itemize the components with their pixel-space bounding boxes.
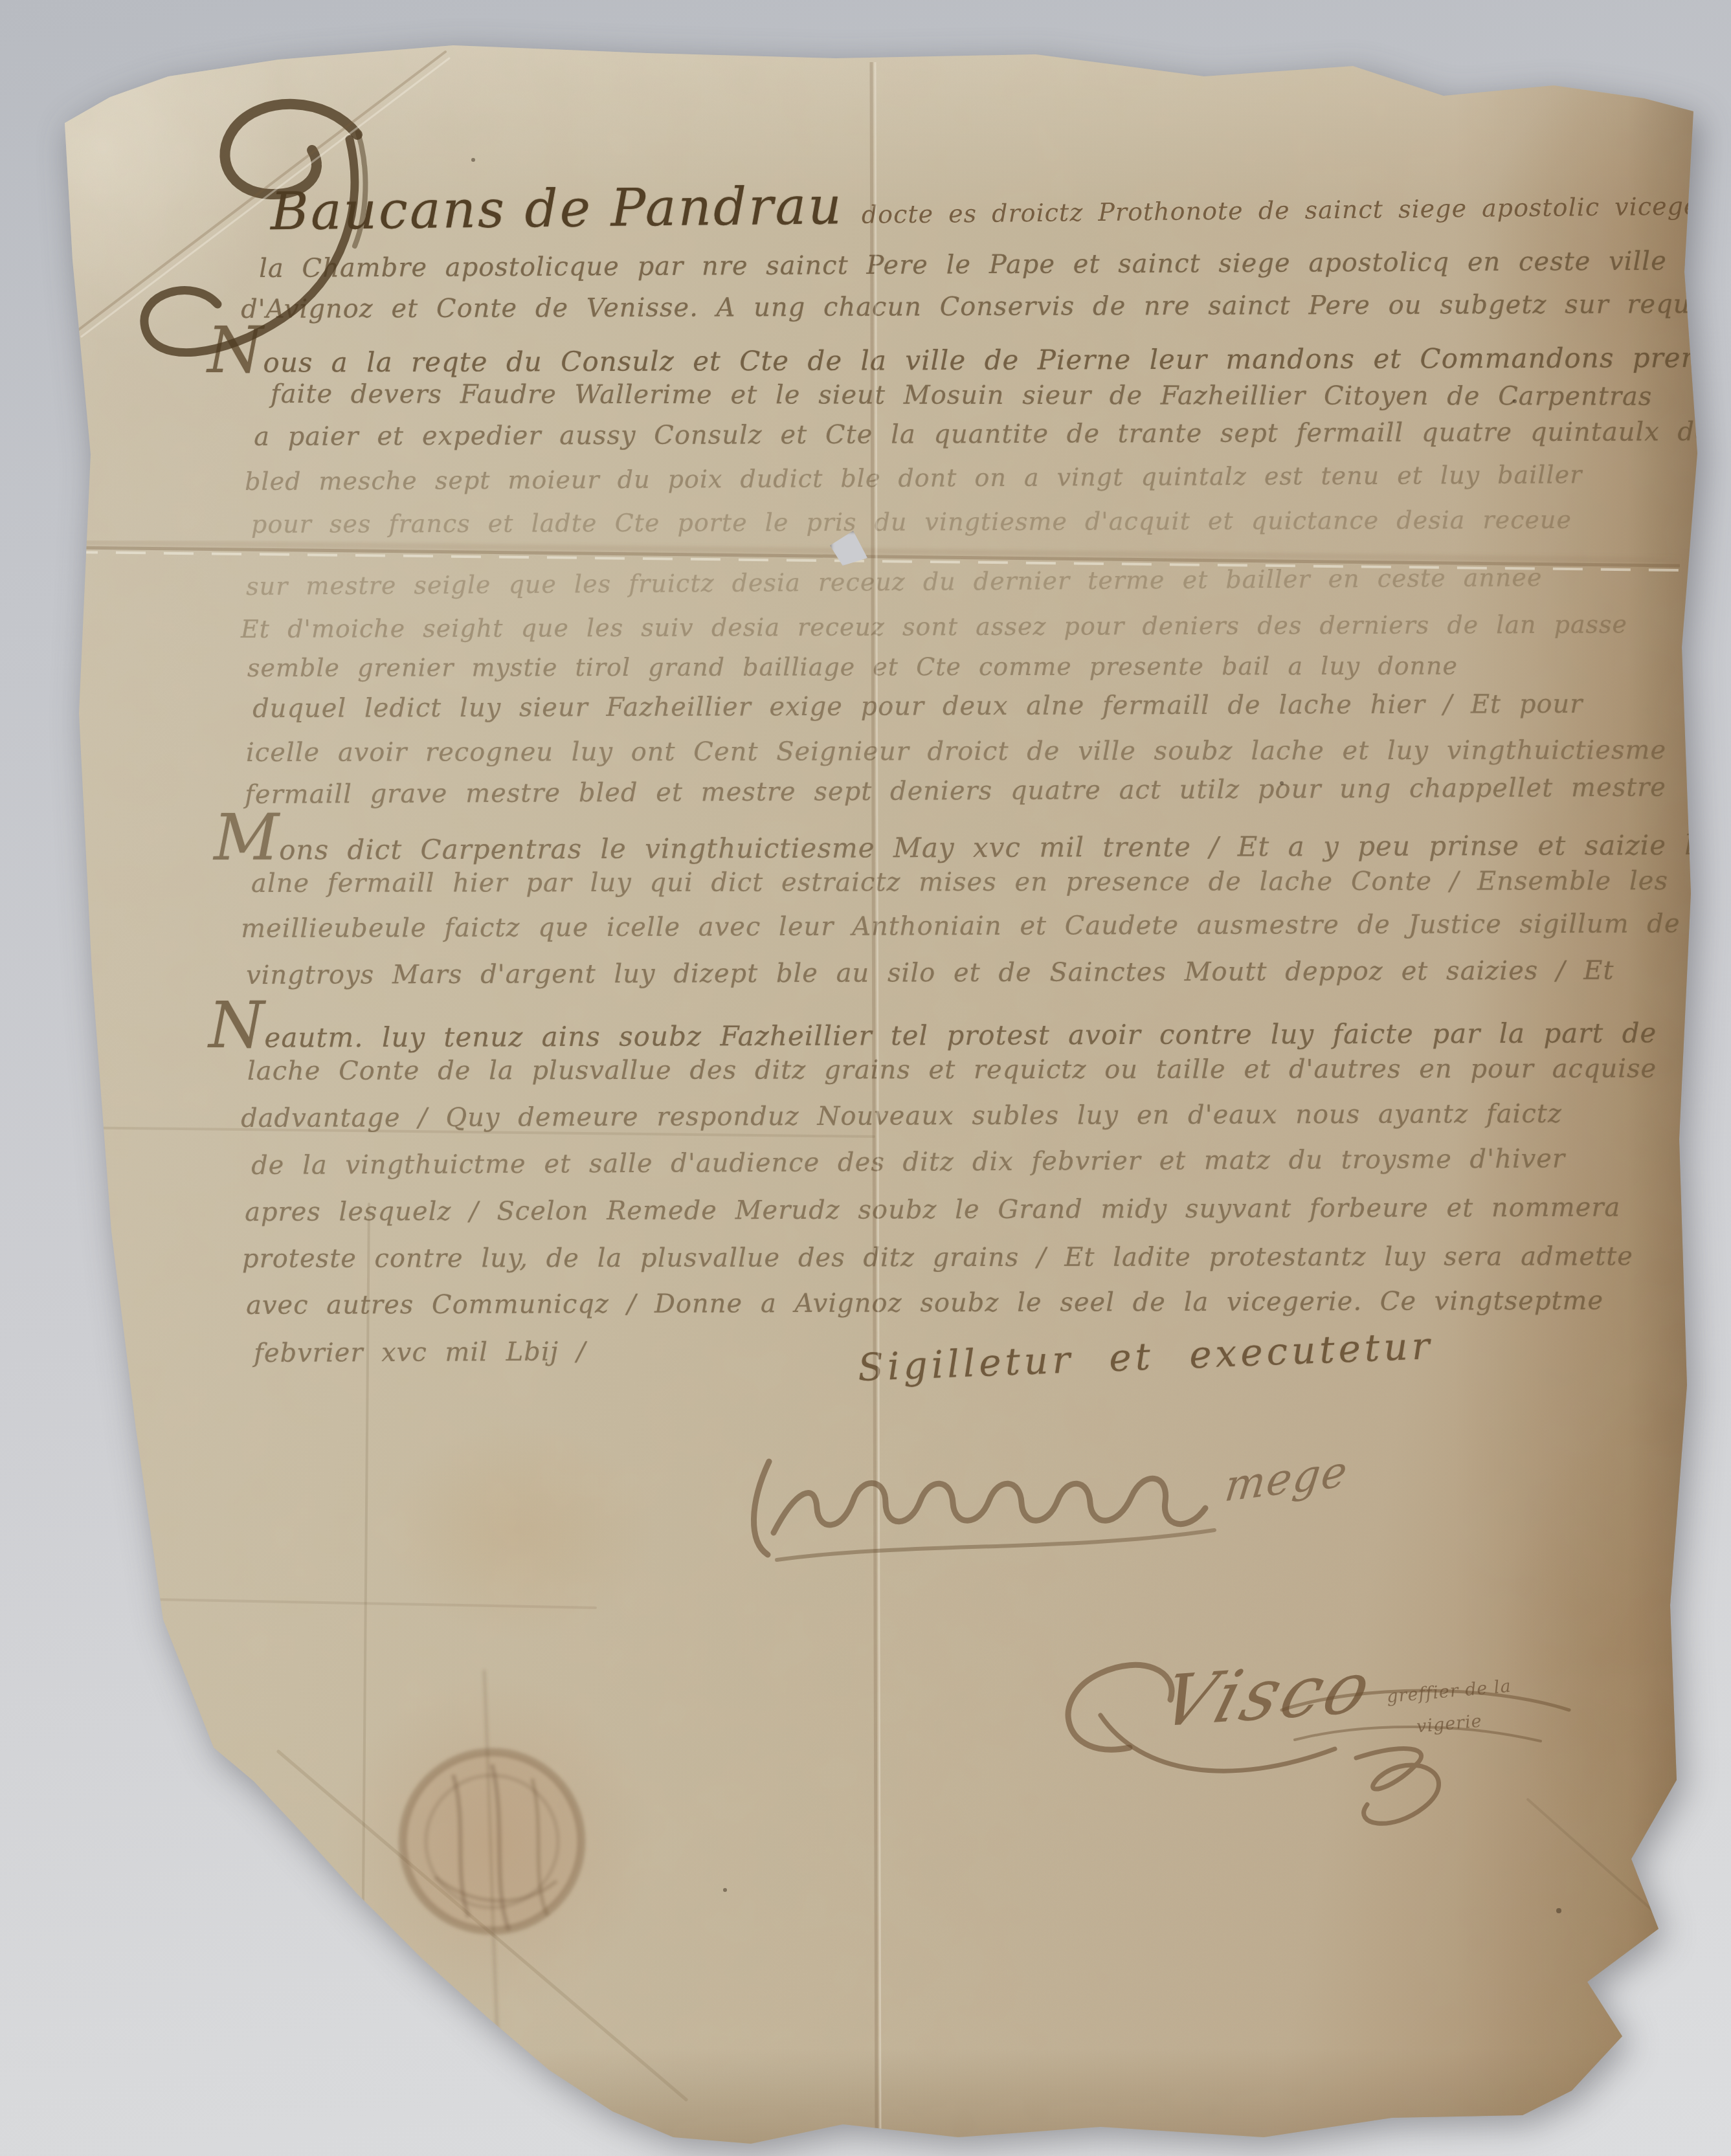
text-line: d'Avignoz et Conte de Venisse. A ung cha… xyxy=(241,289,1731,324)
paper-shadow-wrap: la Chambre apostolicque par nre sainct P… xyxy=(0,0,1731,2156)
text-line: la Chambre apostolicque par nre sainct P… xyxy=(259,246,1718,283)
wax-seal-icon xyxy=(403,1670,581,2058)
bottom-right-signature-title-1: greffier de la xyxy=(1386,1676,1512,1707)
text-line: sur mestre seigle que les fruictz desia … xyxy=(246,563,1542,601)
heading-name: Baucans de Pandrau xyxy=(271,175,844,241)
text-line: icelle avoir recogneu luy ont Cent Seign… xyxy=(246,735,1666,768)
closing-order-text: Sigilletur et executetur xyxy=(857,1324,1434,1390)
text-line: Et d'moiche seight que les suiv desia re… xyxy=(241,610,1627,643)
text-line: de la vingthuictme et salle d'audience d… xyxy=(251,1144,1565,1181)
text-line: apres lesquelz / Scelon Remede Merudz so… xyxy=(245,1193,1620,1227)
bottom-right-signature-title-2: vigerie xyxy=(1416,1711,1483,1737)
text-line: vingtroys Mars d'argent luy dizept ble a… xyxy=(246,956,1614,990)
signature-paraph xyxy=(1356,1749,1439,1824)
text-line: fermaill grave mestre bled et mestre sep… xyxy=(245,773,1666,810)
text-line: Nous a la reqte du Consulz et Cte de la … xyxy=(207,322,1731,379)
photo-backdrop: la Chambre apostolicque par nre sainct P… xyxy=(0,0,1731,2156)
text-line: avec autres Communicqz / Donne a Avignoz… xyxy=(246,1286,1603,1320)
text-line: febvrier xvc mil Lbij / xyxy=(254,1337,586,1368)
text-line: dadvantage / Quy demeure responduz Nouve… xyxy=(241,1099,1562,1133)
heading-continuation: docte es droictz Prothonote de sainct si… xyxy=(862,191,1731,229)
text-line: Mons dict Carpentras le vingthuictiesme … xyxy=(214,808,1731,866)
text-line: a paier et expedier aussy Consulz et Cte… xyxy=(254,417,1731,452)
text-line: Neautm. luy tenuz ains soubz Fazheillier… xyxy=(208,997,1657,1054)
center-signature-suffix: mege xyxy=(1222,1445,1351,1511)
text-line: faite devers Faudre Wallerime et le sieu… xyxy=(271,379,1653,412)
text-line: duquel ledict luy sieur Fazheillier exig… xyxy=(252,689,1583,724)
text-line: pour ses francs et ladte Cte porte le pr… xyxy=(251,506,1572,539)
manuscript-paper: la Chambre apostolicque par nre sainct P… xyxy=(0,0,1731,2156)
text-line: lache Conte de la plusvallue des ditz gr… xyxy=(247,1054,1657,1086)
document-heading: Baucans de Pandraudocte es droictz Proth… xyxy=(271,166,1731,242)
text-line: alne fermaill hier par luy qui dict estr… xyxy=(251,866,1668,898)
text-line: meillieubeule faictz que icelle avec leu… xyxy=(241,909,1681,944)
center-signature-scribble xyxy=(754,1461,1214,1560)
bottom-right-signature-name: Visco xyxy=(1152,1646,1383,1743)
text-line: proteste contre luy, de la plusvallue de… xyxy=(242,1241,1633,1274)
text-line: bled mesche sept moieur du poix dudict b… xyxy=(245,460,1582,496)
text-line: semble grenier mystie tirol grand bailli… xyxy=(247,652,1458,682)
